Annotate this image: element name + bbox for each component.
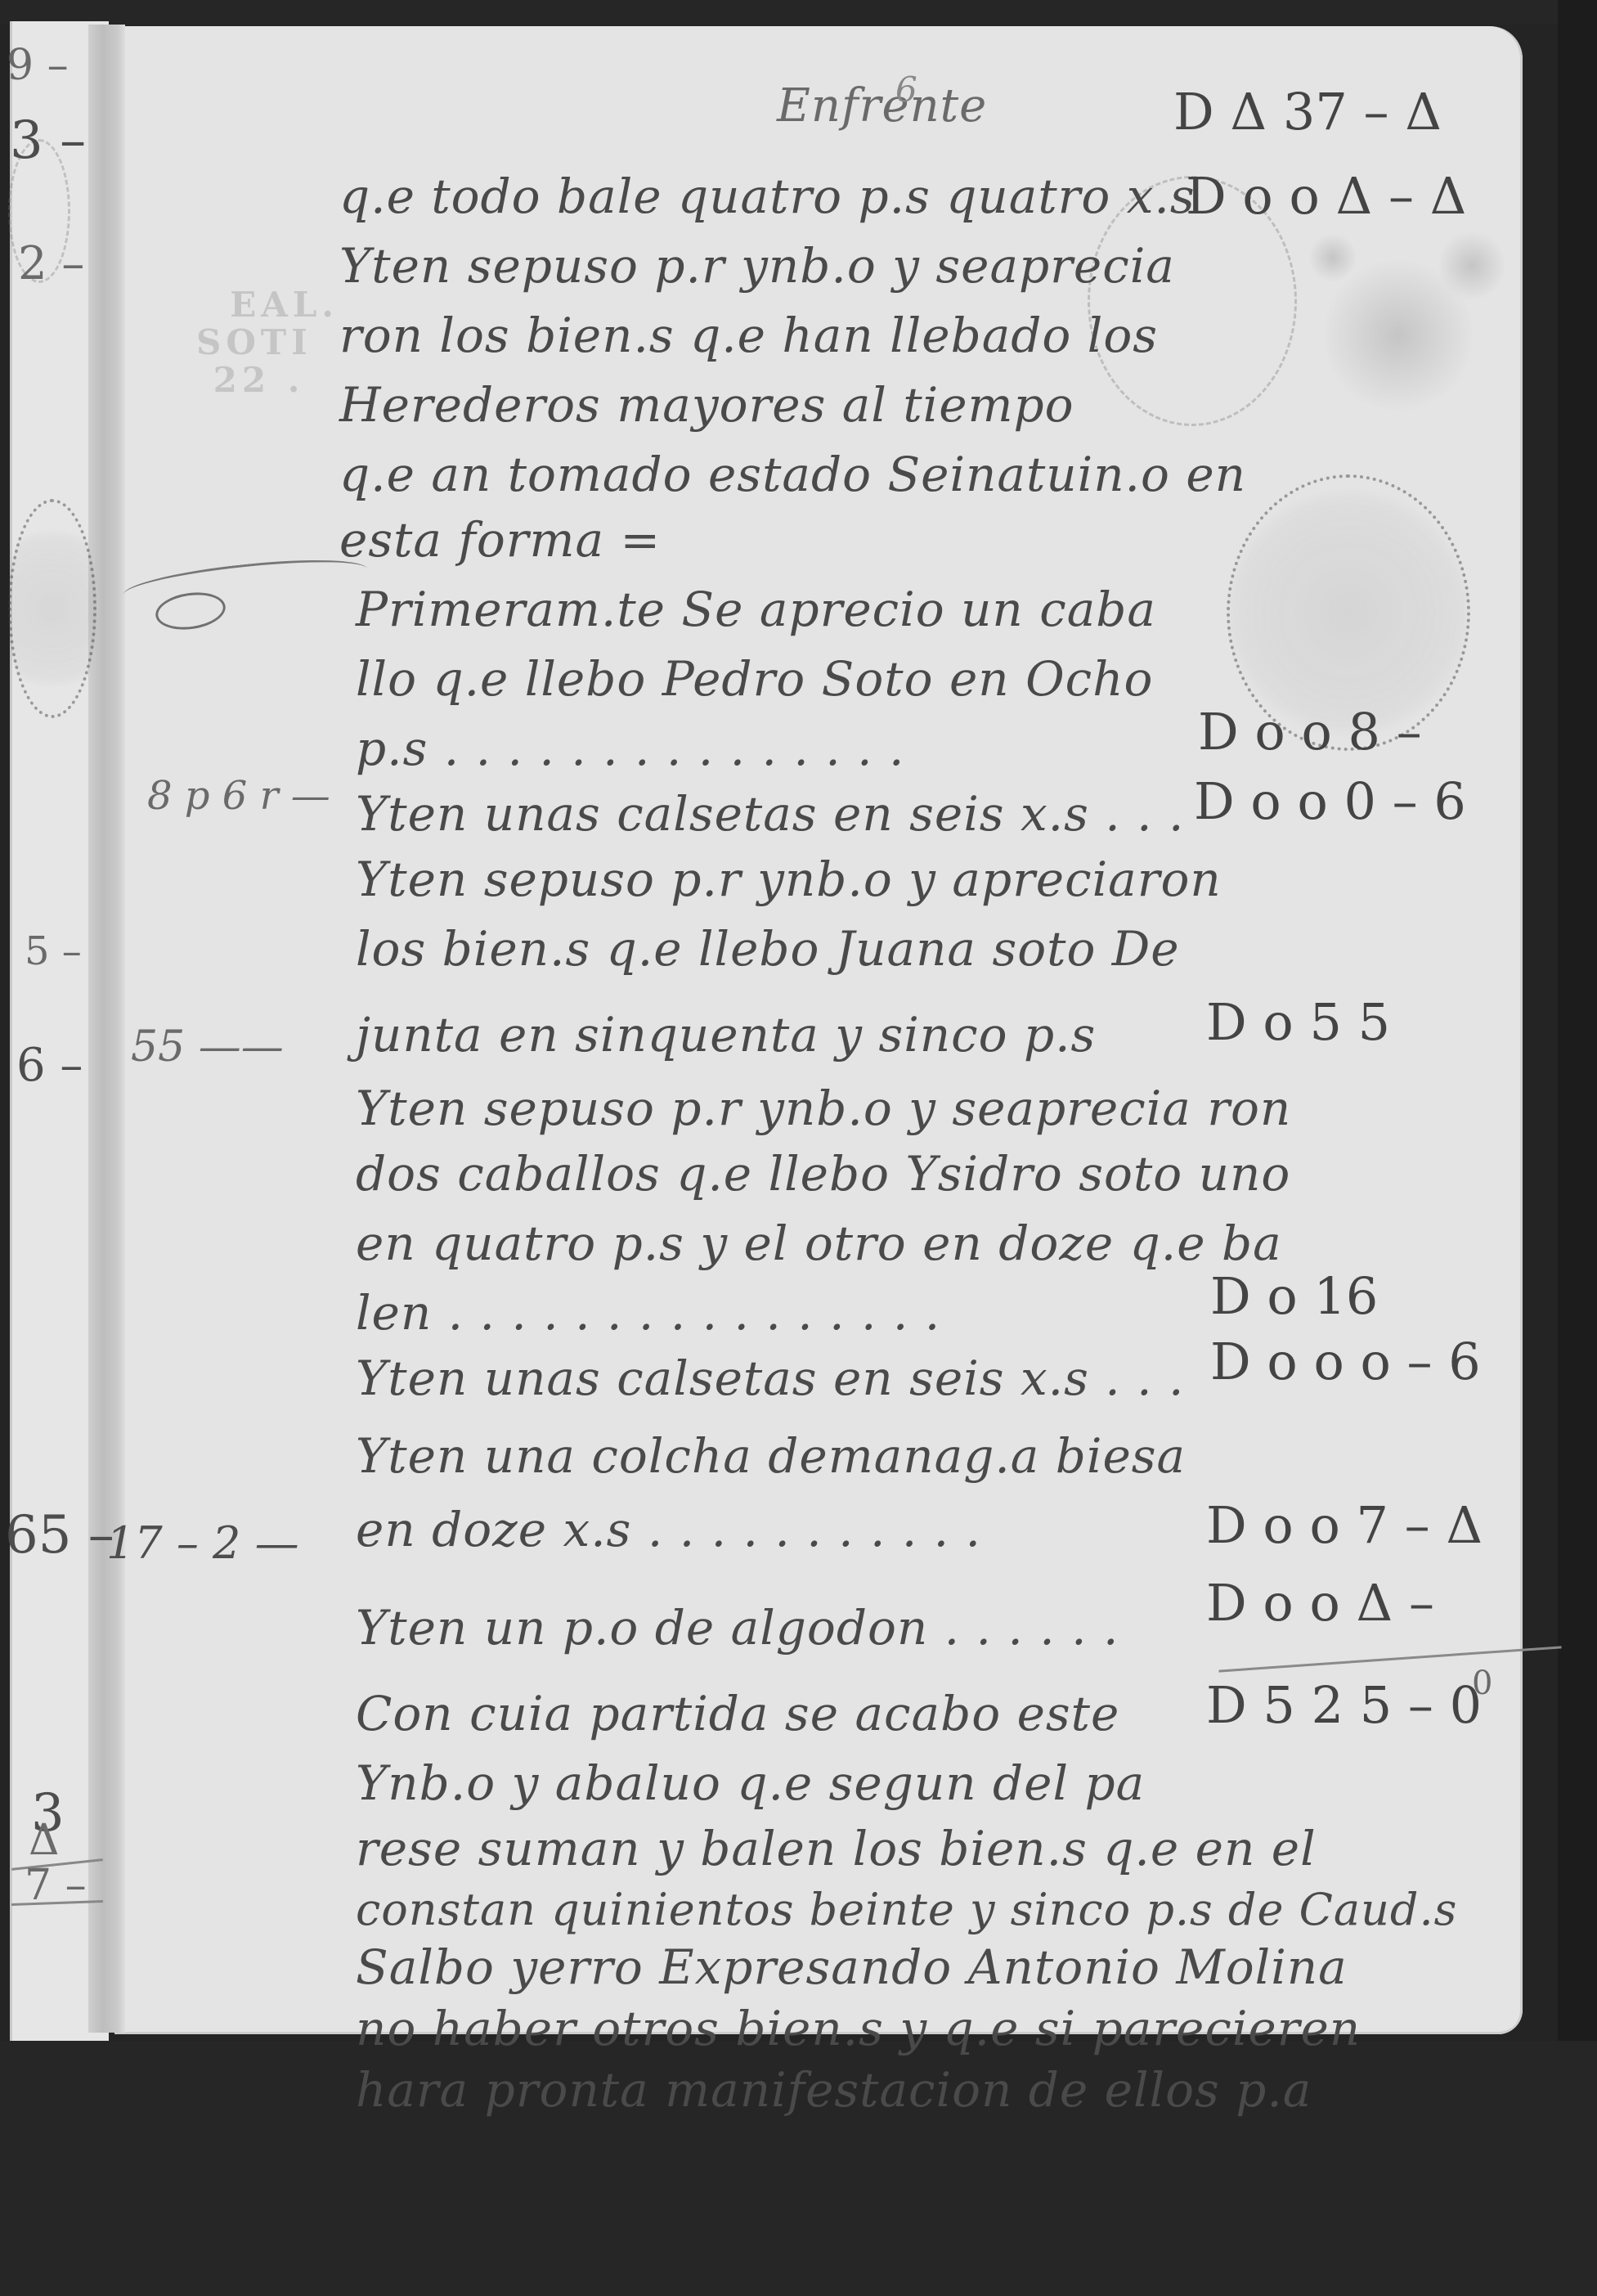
body-line-26: Salbo yerro Expresando Antonio Molina [356,1939,1348,1996]
margin-annotation-1: 8 p 6 r — [147,773,330,819]
body-line-6: esta forma = [339,511,661,568]
left-leaf-number-5: 6 – [16,1039,83,1092]
body-line-12: los bien.s q.e llebo Juana soto De [356,920,1180,977]
body-line-3: ron los bien.s q.e han llebado los [339,307,1158,364]
body-line-17: len . . . . . . . . . . . . . . . . [356,1284,940,1341]
left-leaf-number-3: 2 – [18,237,84,290]
header-carry-mark: 6 [895,61,918,119]
body-line-9: p.s . . . . . . . . . . . . . . . [356,720,904,777]
amount-line-10: D o o 0 – 6 [1194,773,1466,830]
body-line-11: Yten sepuso p.r ynb.o y apreciaron [356,851,1222,908]
body-line-13: junta en sinquenta y sinco p.s [356,1006,1096,1063]
body-line-22: Con cuia partida se acabo este [356,1685,1119,1742]
amount-line-22-total: D 5 2 5 – 0 [1206,1677,1482,1734]
body-line-5: q.e an tomado estado Seinatuin.o en [339,446,1246,503]
body-line-18: Yten unas calsetas en seis x.s . . . [356,1350,1184,1407]
header-carry-label: Enfrente [777,78,987,135]
body-line-16: en quatro p.s y el otro en doze q.e ba [356,1215,1282,1272]
scanner-right-border [1558,0,1597,2296]
stain-3 [1308,233,1357,282]
seal-stamp-left-leaf [8,499,96,718]
header-carry-amount: D Δ 37 – Δ [1173,83,1442,141]
amount-line-9: D o o 8 – [1198,703,1422,761]
margin-annotation-4: 0 [1472,1665,1492,1702]
body-line-8: llo q.e llebo Pedro Soto en Ocho [356,650,1153,708]
amount-line-13: D o 5 5 [1206,994,1390,1051]
body-line-7: Primeram.te Se aprecio un caba [356,581,1156,638]
body-line-25: constan quinientos beinte y sinco p.s de… [356,1881,1457,1939]
left-leaf-number-4: 5 – [25,928,82,974]
body-line-15: dos caballos q.e llebo Ysidro soto uno [356,1145,1290,1202]
margin-annotation-3: 17 – 2 — [106,1517,299,1569]
body-line-4: Herederos mayores al tiempo [339,376,1074,434]
amount-line-17: D o 16 [1210,1268,1378,1325]
scanner-top-border [0,0,1597,25]
body-line-1: q.e todo bale quatro p.s quatro x.s [339,168,1196,225]
body-line-27: no haber otros bien.s y q.e si pareciere… [356,2000,1361,2057]
body-line-10: Yten unas calsetas en seis x.s . . . [356,785,1184,842]
body-line-21: Yten un p.o de algodon . . . . . . [356,1599,1119,1656]
binding-gutter [88,25,125,2033]
body-line-24: rese suman y balen los bien.s q.e en el [356,1820,1317,1877]
left-leaf-number-8: Δ [29,1816,60,1865]
left-leaf-number-6: 65 – [5,1505,114,1566]
amount-line-20: D o o 7 – Δ [1206,1497,1483,1554]
left-leaf-number-1: 9 – [7,41,69,90]
bleed-through-text: EAL.SOTI 22 . [196,286,339,399]
margin-annotation-2: 55 —— [131,1022,284,1072]
body-line-2: Yten sepuso p.r ynb.o y seaprecia [339,237,1175,294]
amount-line-18: D o o o – 6 [1210,1333,1481,1391]
amount-line-21: D o o Δ – [1206,1575,1434,1632]
scan-background: EAL.SOTI 22 . Enfrente 6 D Δ 37 – Δ q.e … [0,0,1597,2296]
body-line-20: en doze x.s . . . . . . . . . . . [356,1501,981,1558]
stain-2 [1439,229,1505,303]
amount-line-1: D o o Δ – Δ [1186,168,1466,225]
left-leaf-number-2: 3 – [10,110,86,171]
body-line-23: Ynb.o y abaluo q.e segun del pa [356,1755,1145,1812]
body-line-14: Yten sepuso p.r ynb.o y seaprecia ron [356,1080,1291,1137]
body-line-19: Yten una colcha demanag.a biesa [356,1427,1186,1485]
body-line-28: hara pronta manifestacion de ellos p.a [356,2061,1312,2119]
